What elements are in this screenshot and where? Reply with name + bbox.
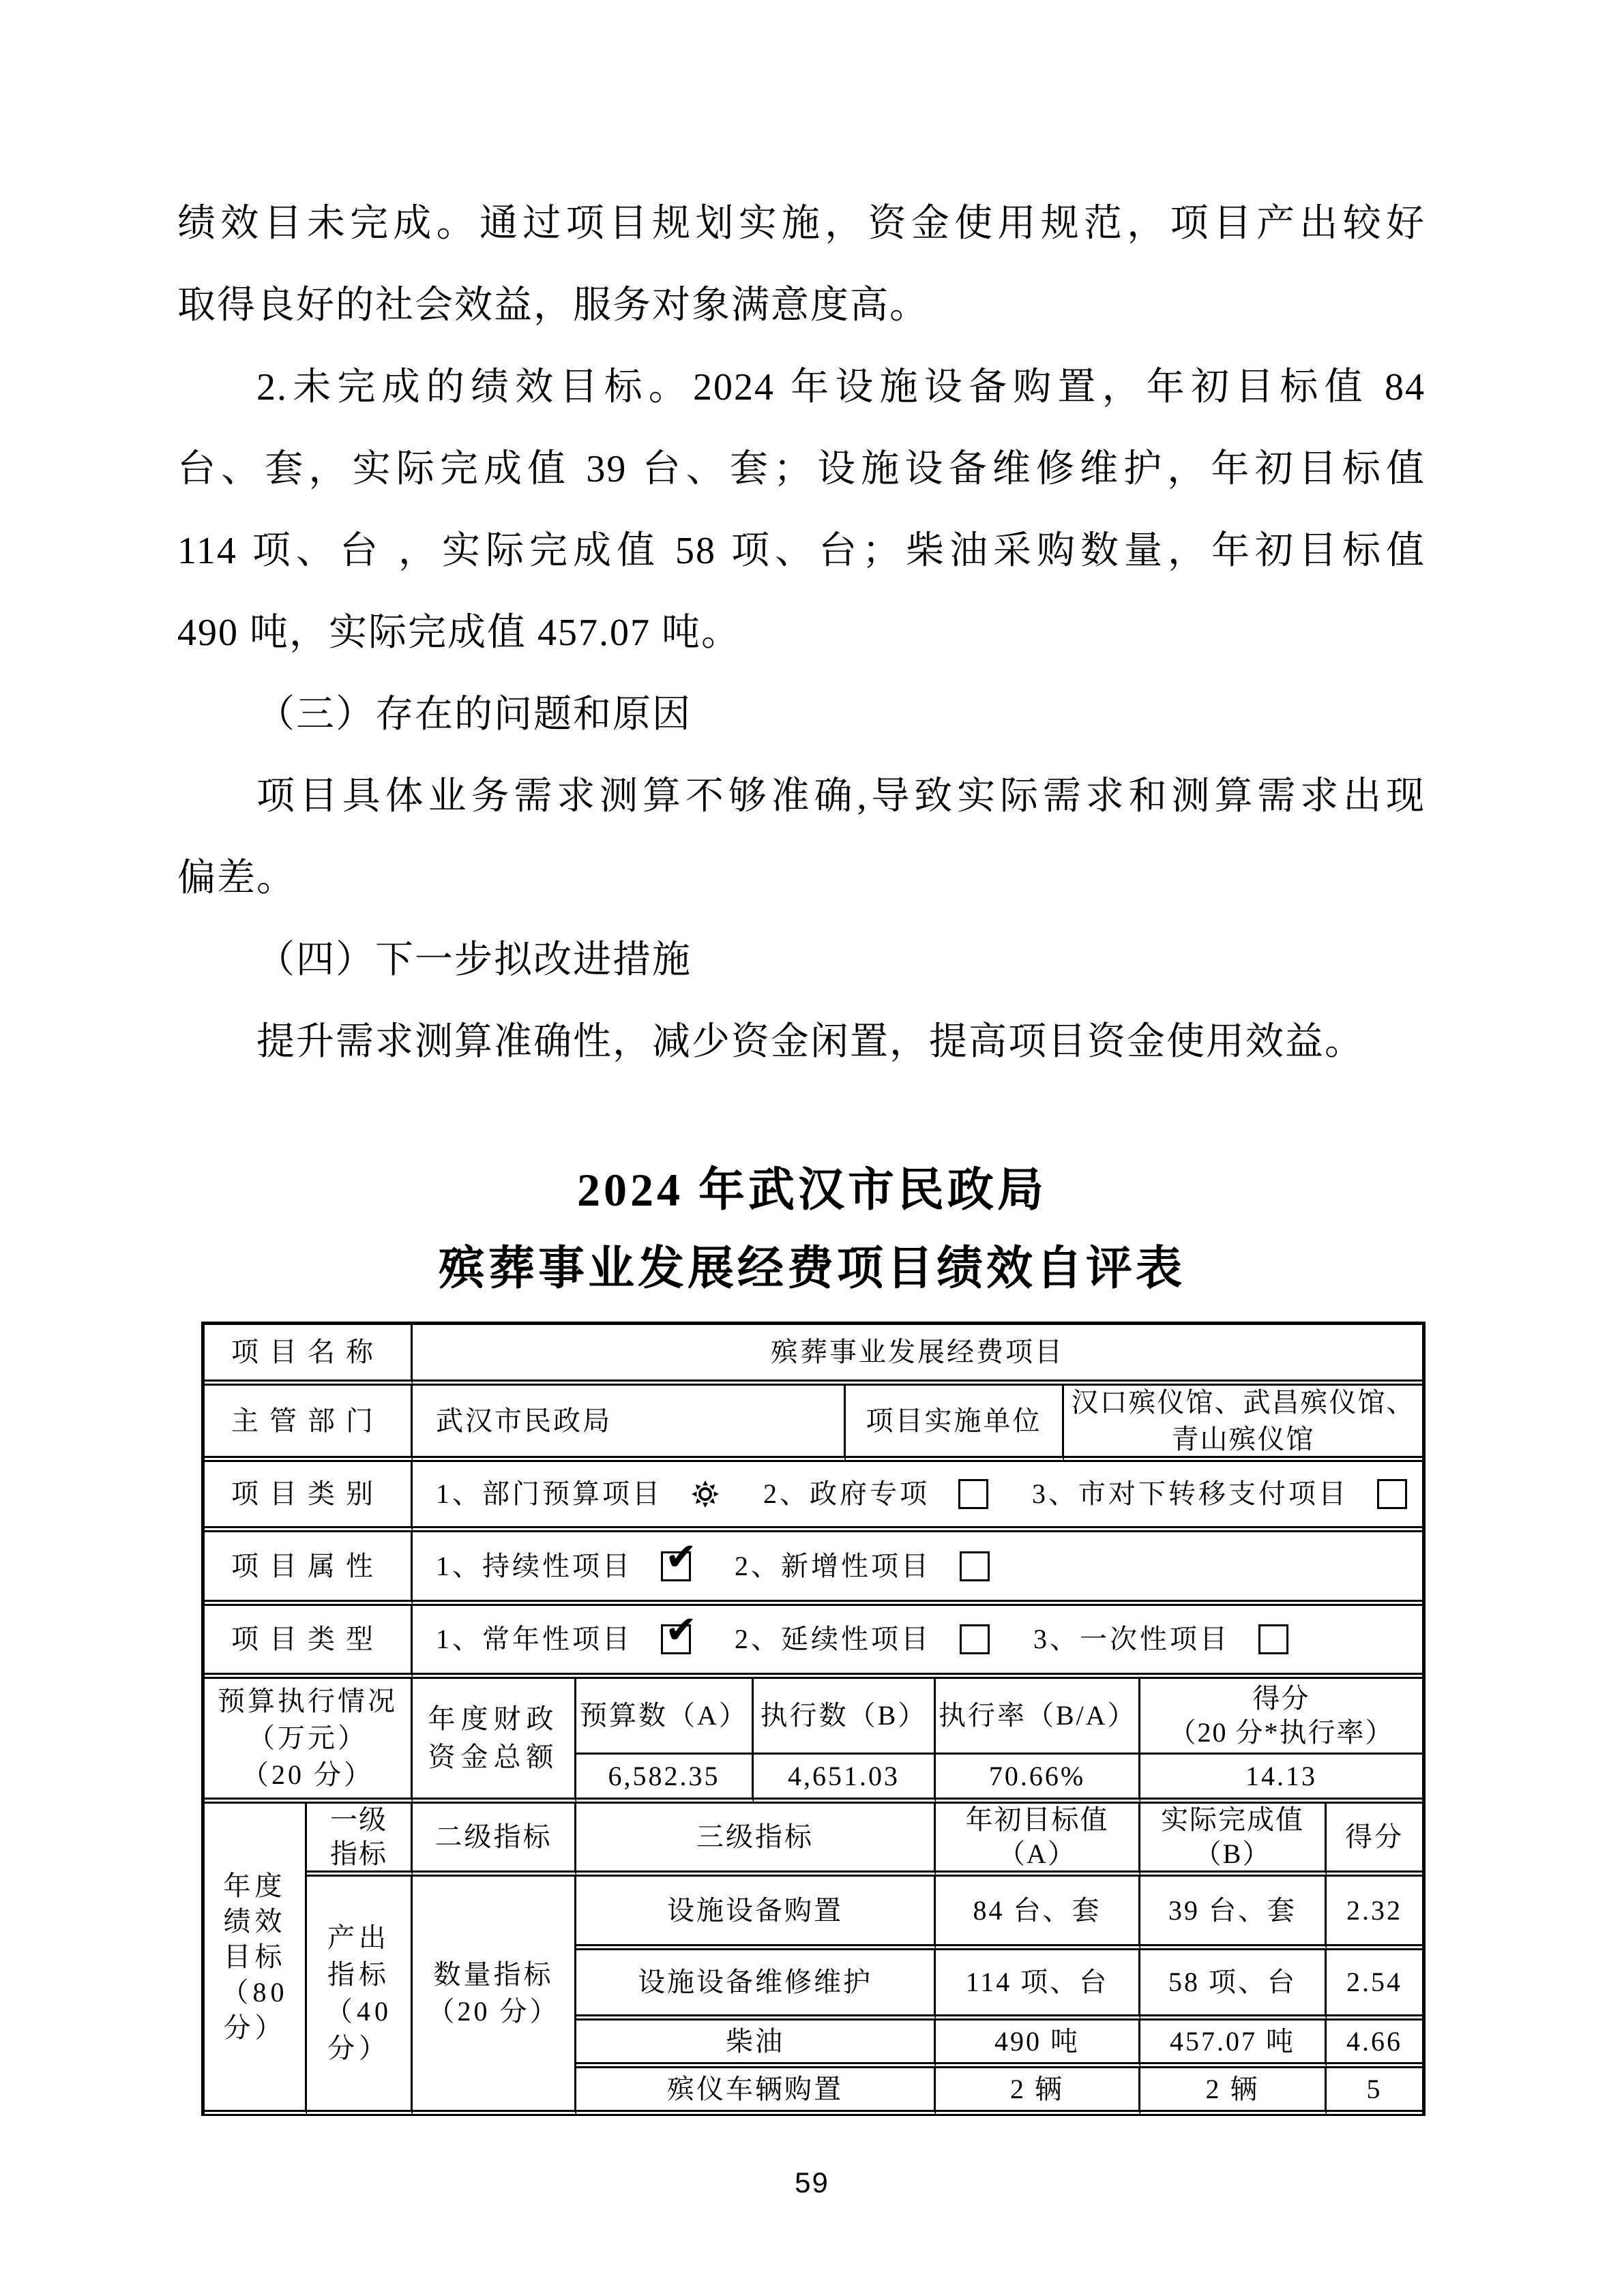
option-label: 2、新增性项目 [735,1549,931,1583]
indicator-actual-cell: 2 辆 [1140,2068,1327,2116]
cell-quantity-indicator-label: 数量指标 （20 分） [413,1877,576,2116]
type-option-1: 1、常年性项目 [436,1622,691,1656]
table-title-line1: 2024 年武汉市民政局 [0,1151,1624,1229]
cell-budget-header-score: 得分 （20 分*执行率） [1140,1679,1422,1755]
attribute-option-2: 2、新增性项目 [735,1549,990,1583]
option-label: 3、一次性项目 [1033,1622,1230,1656]
indicator-name-cell: 柴油 [576,2021,936,2068]
cell-budget-value-a: 6,582.35 [576,1755,754,1804]
indicator-target-cell: 114 项、台 [936,1950,1140,2021]
checkbox-checked-icon [661,1551,691,1581]
cell-budget-label: 预算执行情况 （万元） （20 分） [205,1679,413,1804]
cell-header-level2: 二级指标 [413,1804,576,1877]
cell-header-level1: 一级 指标 [307,1804,413,1877]
indicator-target-cell: 490 吨 [936,2021,1140,2068]
indicator-target-cell: 84 台、套 [936,1877,1140,1950]
indicator-score-cell: 4.66 [1327,2021,1422,2068]
cell-department-label: 主管部门 [205,1386,413,1462]
cell-performance-group-label: 年度 绩效 目标 （80 分） [205,1804,307,2116]
document-page: 绩效目未完成。通过项目规划实施，资金使用规范，项目产出较好 取得良好的社会效益，… [0,0,1624,2296]
cell-attribute-label: 项目属性 [205,1532,413,1606]
cell-implement-unit-label: 项目实施单位 [846,1386,1064,1462]
category-option-2: 2、政府专项 [763,1477,988,1511]
option-label: 1、部门预算项目 [436,1477,662,1511]
category-option-1: 1、部门预算项目 [436,1477,720,1511]
checkbox-unchecked-icon [1258,1624,1288,1654]
indicator-actual-cell: 58 项、台 [1140,1950,1327,2021]
body-line: 490 吨，实际完成值 457.07 吨。 [177,592,1426,674]
cell-department-value: 武汉市民政局 [413,1386,846,1462]
page-number: 59 [0,2166,1624,2199]
table-title-line2: 殡葬事业发展经费项目绩效自评表 [0,1229,1624,1308]
checkbox-unchecked-icon [958,1479,988,1509]
body-line: 114 项、台 ，实际完成值 58 项、台；柴油采购数量，年初目标值 [177,510,1426,592]
checkbox-unchecked-icon [960,1551,990,1581]
cell-project-name-value: 殡葬事业发展经费项目 [413,1325,1422,1386]
option-label: 3、市对下转移支付项目 [1032,1477,1348,1511]
self-evaluation-table: 项目名称 殡葬事业发展经费项目 主管部门 武汉市民政局 项目实施单位 汉口殡仪馆… [201,1322,1426,2116]
table-title: 2024 年武汉市民政局 殡葬事业发展经费项目绩效自评表 [0,1151,1624,1308]
cell-budget-header-b: 执行数（B） [754,1679,936,1755]
checkbox-unchecked-icon [1377,1479,1407,1509]
body-line: （四）下一步拟改进措施 [177,919,1426,1001]
indicator-score-cell: 2.32 [1327,1877,1422,1950]
indicator-actual-cell: 39 台、套 [1140,1877,1327,1950]
option-label: 2、政府专项 [763,1477,930,1511]
attribute-option-1: 1、持续性项目 [436,1549,691,1583]
category-option-3: 3、市对下转移支付项目 [1032,1477,1407,1511]
option-label: 2、延续性项目 [735,1622,931,1656]
body-line: 提升需求测算准确性，减少资金闲置，提高项目资金使用效益。 [177,1001,1426,1083]
option-label: 1、持续性项目 [436,1549,632,1583]
indicator-name-cell: 殡仪车辆购置 [576,2068,936,2116]
body-line: 台、套，实际完成值 39 台、套；设施设备维修维护，年初目标值 [177,428,1426,510]
body-line: 项目具体业务需求测算不够准确,导致实际需求和测算需求出现 [177,756,1426,837]
body-line: 2.未完成的绩效目标。2024 年设施设备购置，年初目标值 84 [177,346,1426,428]
indicator-score-cell: 5 [1327,2068,1422,2116]
cell-header-actual: 实际完成值 （B） [1140,1804,1327,1877]
indicator-target-cell: 2 辆 [936,2068,1140,2116]
cell-budget-header-rate: 执行率（B/A） [936,1679,1140,1755]
attribute-options: 1、持续性项目 2、新增性项目 [413,1532,1422,1606]
cell-annual-fund-label: 年度财政 资金总额 [413,1679,576,1804]
cell-budget-header-a: 预算数（A） [576,1679,754,1755]
cell-header-level3: 三级指标 [576,1804,936,1877]
indicator-name-cell: 设施设备购置 [576,1877,936,1950]
cell-output-indicator-label: 产出 指标 （40 分） [307,1877,413,2116]
cell-project-name-label: 项目名称 [205,1325,413,1386]
checkbox-checked-icon [661,1624,691,1654]
sun-mark-icon [691,1480,720,1508]
indicator-actual-cell: 457.07 吨 [1140,2021,1327,2068]
option-label: 1、常年性项目 [436,1622,632,1656]
cell-budget-value-score: 14.13 [1140,1755,1422,1804]
body-line: （三）存在的问题和原因 [177,674,1426,756]
checkbox-unchecked-icon [960,1624,990,1654]
body-line: 取得良好的社会效益，服务对象满意度高。 [177,265,1426,346]
type-option-3: 3、一次性项目 [1033,1622,1288,1656]
indicator-score-cell: 2.54 [1327,1950,1422,2021]
cell-budget-value-b: 4,651.03 [754,1755,936,1804]
type-option-2: 2、延续性项目 [735,1622,990,1656]
type-options: 1、常年性项目 2、延续性项目 3、一次性项目 [413,1606,1422,1679]
cell-type-label: 项目类型 [205,1606,413,1679]
category-options: 1、部门预算项目 2、政府专项 [413,1462,1422,1532]
cell-category-label: 项目类别 [205,1462,413,1532]
cell-header-target: 年初目标值 （A） [936,1804,1140,1877]
cell-implement-unit-value: 汉口殡仪馆、武昌殡仪馆、 青山殡仪馆 [1064,1386,1422,1462]
report-text: 绩效目未完成。通过项目规划实施，资金使用规范，项目产出较好 取得良好的社会效益，… [177,0,1426,1083]
body-line: 绩效目未完成。通过项目规划实施，资金使用规范，项目产出较好 [177,183,1426,265]
cell-header-score: 得分 [1327,1804,1422,1877]
indicator-name-cell: 设施设备维修维护 [576,1950,936,2021]
body-line: 偏差。 [177,837,1426,919]
cell-budget-value-rate: 70.66% [936,1755,1140,1804]
